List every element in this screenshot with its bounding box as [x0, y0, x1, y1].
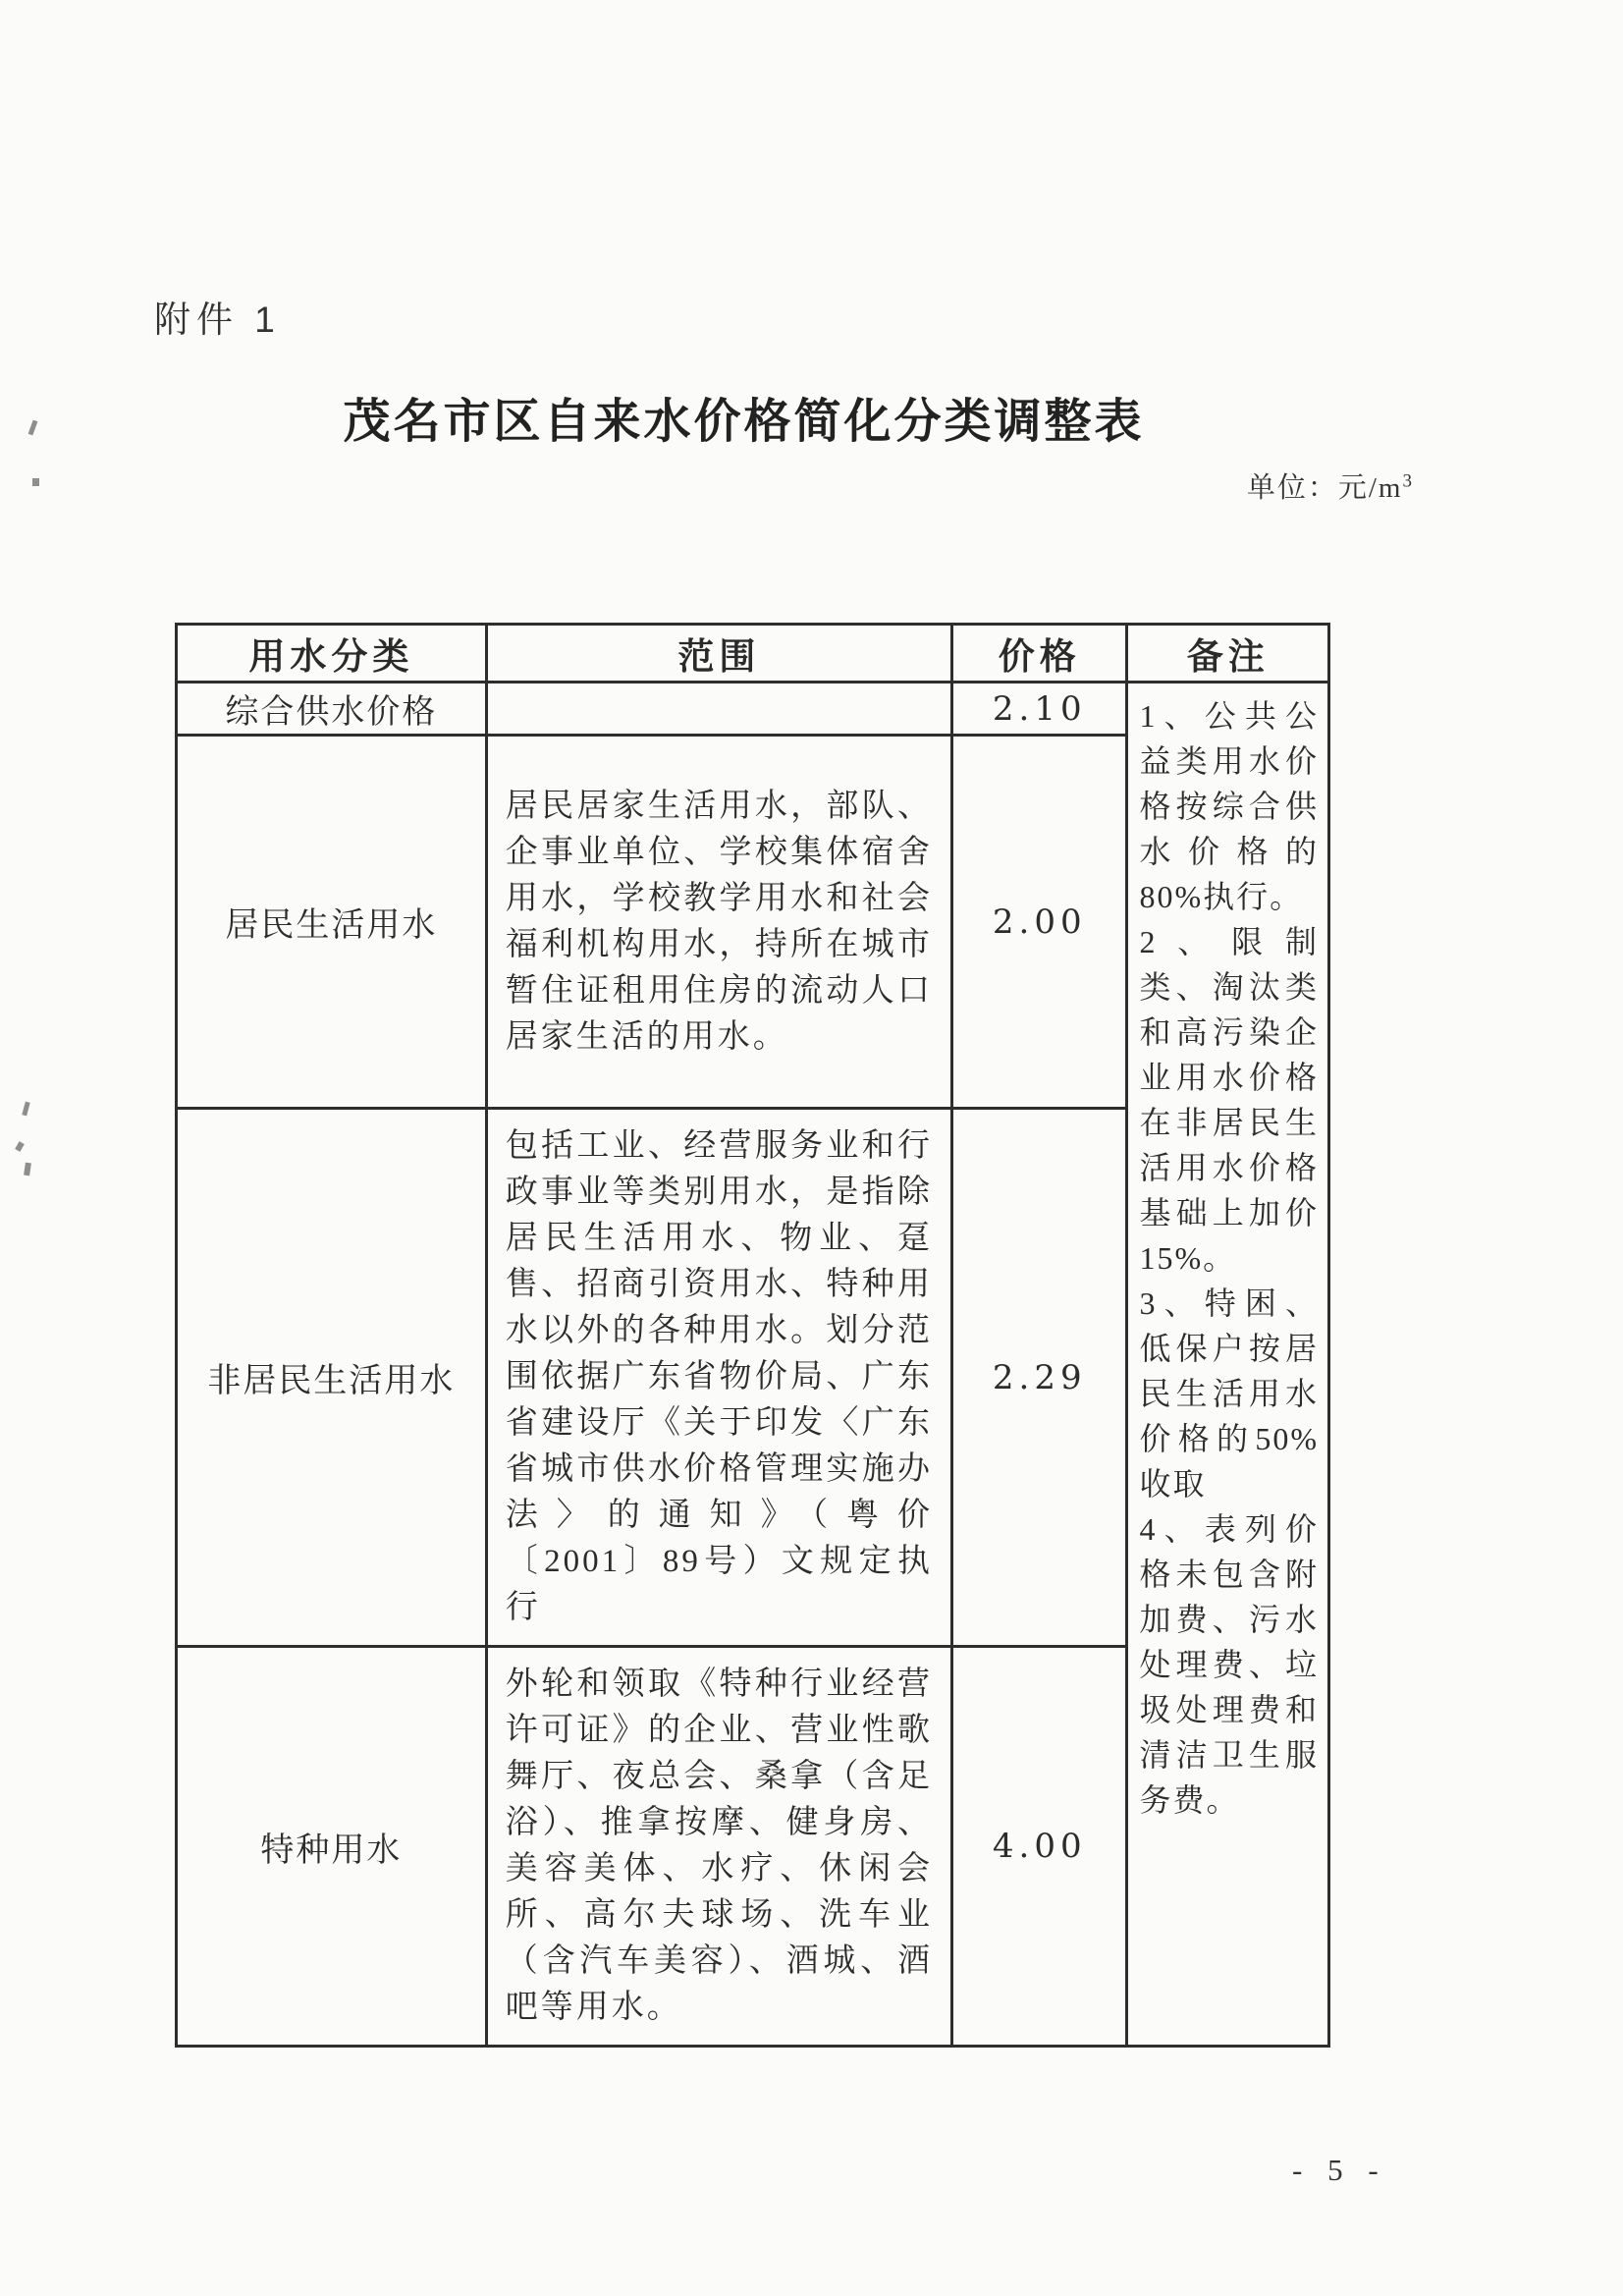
table-row: 综合供水价格 2.10 1、公共公益类用水价格按综合供水价格的80%执行。 2、… [177, 683, 1329, 736]
attachment-label: 附件 1 [154, 290, 281, 343]
water-price-table: 用水分类 范围 价格 备注 综合供水价格 2.10 1、公共公益类用水价格按综合… [175, 623, 1330, 2048]
scope-residential: 居民居家生活用水，部队、企事业单位、学校集体宿舍用水，学校教学用水和社会福利机构… [486, 736, 951, 1109]
scan-artifact [15, 1141, 25, 1152]
scope-non-residential: 包括工业、经营服务业和行政事业等类别用水，是指除居民生活用水、物业、趸售、招商引… [486, 1109, 951, 1647]
category-non-residential: 非居民生活用水 [177, 1109, 487, 1647]
header-scope: 范围 [486, 625, 951, 683]
remarks-cell: 1、公共公益类用水价格按综合供水价格的80%执行。 2、限制类、淘汰类和高污染企… [1127, 683, 1329, 2047]
header-category: 用水分类 [177, 625, 487, 683]
remark-item-3: 3、特困、低保户按居民生活用水价格的50%收取 [1139, 1281, 1319, 1506]
category-residential: 居民生活用水 [177, 736, 487, 1109]
price-residential: 2.00 [952, 736, 1127, 1109]
scope-special: 外轮和领取《特种行业经营许可证》的企业、营业性歌舞厅、夜总会、桑拿（含足浴）、推… [486, 1647, 951, 2047]
remark-item-1: 1、公共公益类用水价格按综合供水价格的80%执行。 [1139, 693, 1319, 919]
page-number: - 5 - [1292, 2153, 1387, 2188]
unit-superscript: 3 [1403, 470, 1415, 491]
page-title: 茂名市区自来水价格简化分类调整表 [0, 383, 1488, 451]
unit-label: 单位：元/m3 [1129, 465, 1414, 506]
scan-artifact [32, 478, 39, 486]
scan-artifact [24, 1163, 31, 1176]
price-non-residential: 2.29 [952, 1109, 1127, 1647]
scope-comprehensive [486, 683, 951, 736]
unit-text: 单位：元/m [1247, 472, 1403, 504]
table-header-row: 用水分类 范围 价格 备注 [177, 625, 1329, 683]
category-comprehensive: 综合供水价格 [177, 683, 487, 736]
remark-item-2: 2、限制类、淘汰类和高污染企业用水价格在非居民生活用水价格基础上加价15%。 [1139, 919, 1319, 1281]
price-comprehensive: 2.10 [952, 683, 1127, 736]
remark-item-4: 4、表列价格未包含附加费、污水处理费、垃圾处理费和清洁卫生服务费。 [1139, 1506, 1319, 1823]
header-price: 价格 [952, 625, 1127, 683]
header-remarks: 备注 [1127, 625, 1329, 683]
scan-artifact [22, 1102, 29, 1117]
category-special: 特种用水 [177, 1647, 487, 2047]
price-special: 4.00 [952, 1647, 1127, 2047]
